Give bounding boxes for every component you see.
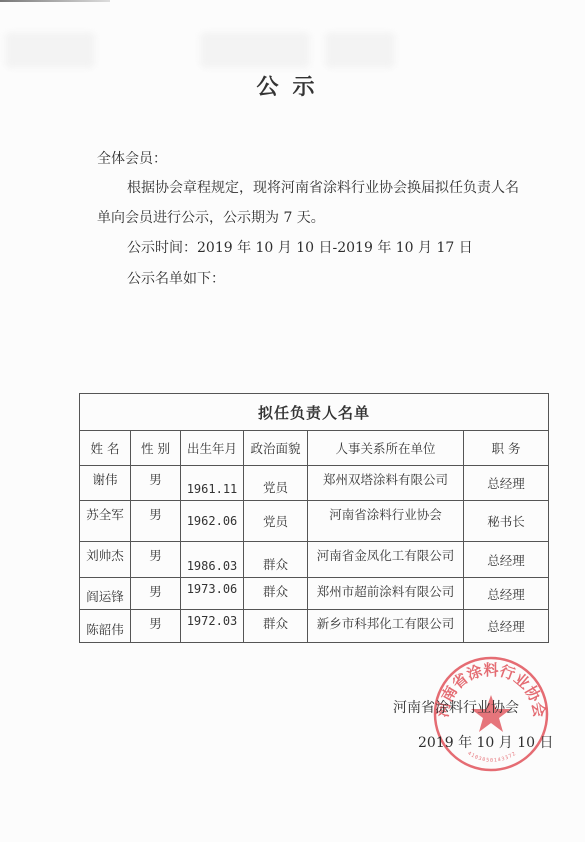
cell-gender: 男 (131, 466, 181, 501)
cell-unit: 新乡市科邦化工有限公司 (308, 610, 464, 643)
body-paragraph-line-1: 根据协会章程规定，现将河南省涂料行业协会换届拟任负责人名 (127, 177, 519, 197)
cell-gender: 男 (131, 542, 181, 578)
document-title: 公示 (0, 70, 585, 101)
signature-organization: 河南省涂料行业协会 (393, 697, 519, 717)
table-row: 谢伟 男 1961.11 党员 郑州双塔涂料有限公司 总经理 (80, 466, 549, 501)
table-row: 刘帅杰 男 1986.03 群众 河南省金凤化工有限公司 总经理 (80, 542, 549, 578)
table-row: 苏全军 男 1962.06 党员 河南省涂料行业协会 秘书长 (80, 501, 549, 542)
cell-name: 苏全军 (80, 501, 131, 542)
cell-name: 陈韶伟 (80, 610, 131, 643)
publicity-period: 公示时间：2019 年 10 月 10 日-2019 年 10 月 17 日 (127, 237, 473, 257)
cell-birth: 1972.03 (181, 610, 244, 643)
cell-unit: 郑州双塔涂料有限公司 (308, 466, 464, 501)
cell-political: 群众 (244, 542, 308, 578)
cell-unit: 河南省金凤化工有限公司 (308, 542, 464, 578)
signature-date: 2019 年 10 月 10 日 (418, 732, 554, 752)
list-intro: 公示名单如下： (127, 268, 225, 288)
candidate-table: 拟任负责人名单 姓 名 性 别 出生年月 政治面貌 人事关系所在单位 职 务 谢… (79, 393, 549, 643)
header-unit: 人事关系所在单位 (308, 431, 464, 466)
cell-position: 总经理 (464, 610, 549, 643)
table-row: 陈韶伟 男 1972.03 群众 新乡市科邦化工有限公司 总经理 (80, 610, 549, 643)
cell-name: 谢伟 (80, 466, 131, 501)
salutation: 全体会员： (97, 148, 167, 168)
cell-unit: 郑州市超前涂料有限公司 (308, 578, 464, 610)
cell-birth: 1962.06 (181, 501, 244, 542)
cell-gender: 男 (131, 501, 181, 542)
header-gender: 性 别 (131, 431, 181, 466)
cell-political: 群众 (244, 578, 308, 610)
header-name: 姓 名 (80, 431, 131, 466)
table-caption: 拟任负责人名单 (80, 394, 549, 431)
svg-text:4103050143372: 4103050143372 (466, 751, 517, 764)
cell-position: 总经理 (464, 542, 549, 578)
cell-political: 党员 (244, 466, 308, 501)
header-political: 政治面貌 (244, 431, 308, 466)
cell-political: 群众 (244, 610, 308, 643)
cell-name: 刘帅杰 (80, 542, 131, 578)
cell-unit: 河南省涂料行业协会 (308, 501, 464, 542)
scan-smudge (325, 32, 395, 68)
body-paragraph-line-2: 单向会员进行公示，公示期为 7 天。 (97, 207, 325, 227)
cell-birth: 1986.03 (181, 542, 244, 578)
scan-smudge (200, 32, 310, 68)
cell-position: 总经理 (464, 466, 549, 501)
cell-birth: 1973.06 (181, 578, 244, 610)
cell-position: 总经理 (464, 578, 549, 610)
cell-gender: 男 (131, 578, 181, 610)
table-row: 阎运锋 男 1973.06 群众 郑州市超前涂料有限公司 总经理 (80, 578, 549, 610)
cell-gender: 男 (131, 610, 181, 643)
cell-position: 秘书长 (464, 501, 549, 542)
scan-edge-artifact (0, 0, 110, 2)
cell-birth: 1961.11 (181, 466, 244, 501)
cell-name: 阎运锋 (80, 578, 131, 610)
header-position: 职 务 (464, 431, 549, 466)
scan-smudge (5, 32, 95, 68)
stamp-serial: 4103050143372 (466, 751, 517, 764)
cell-political: 党员 (244, 501, 308, 542)
header-birth: 出生年月 (181, 431, 244, 466)
table-header-row: 姓 名 性 别 出生年月 政治面貌 人事关系所在单位 职 务 (80, 431, 549, 466)
